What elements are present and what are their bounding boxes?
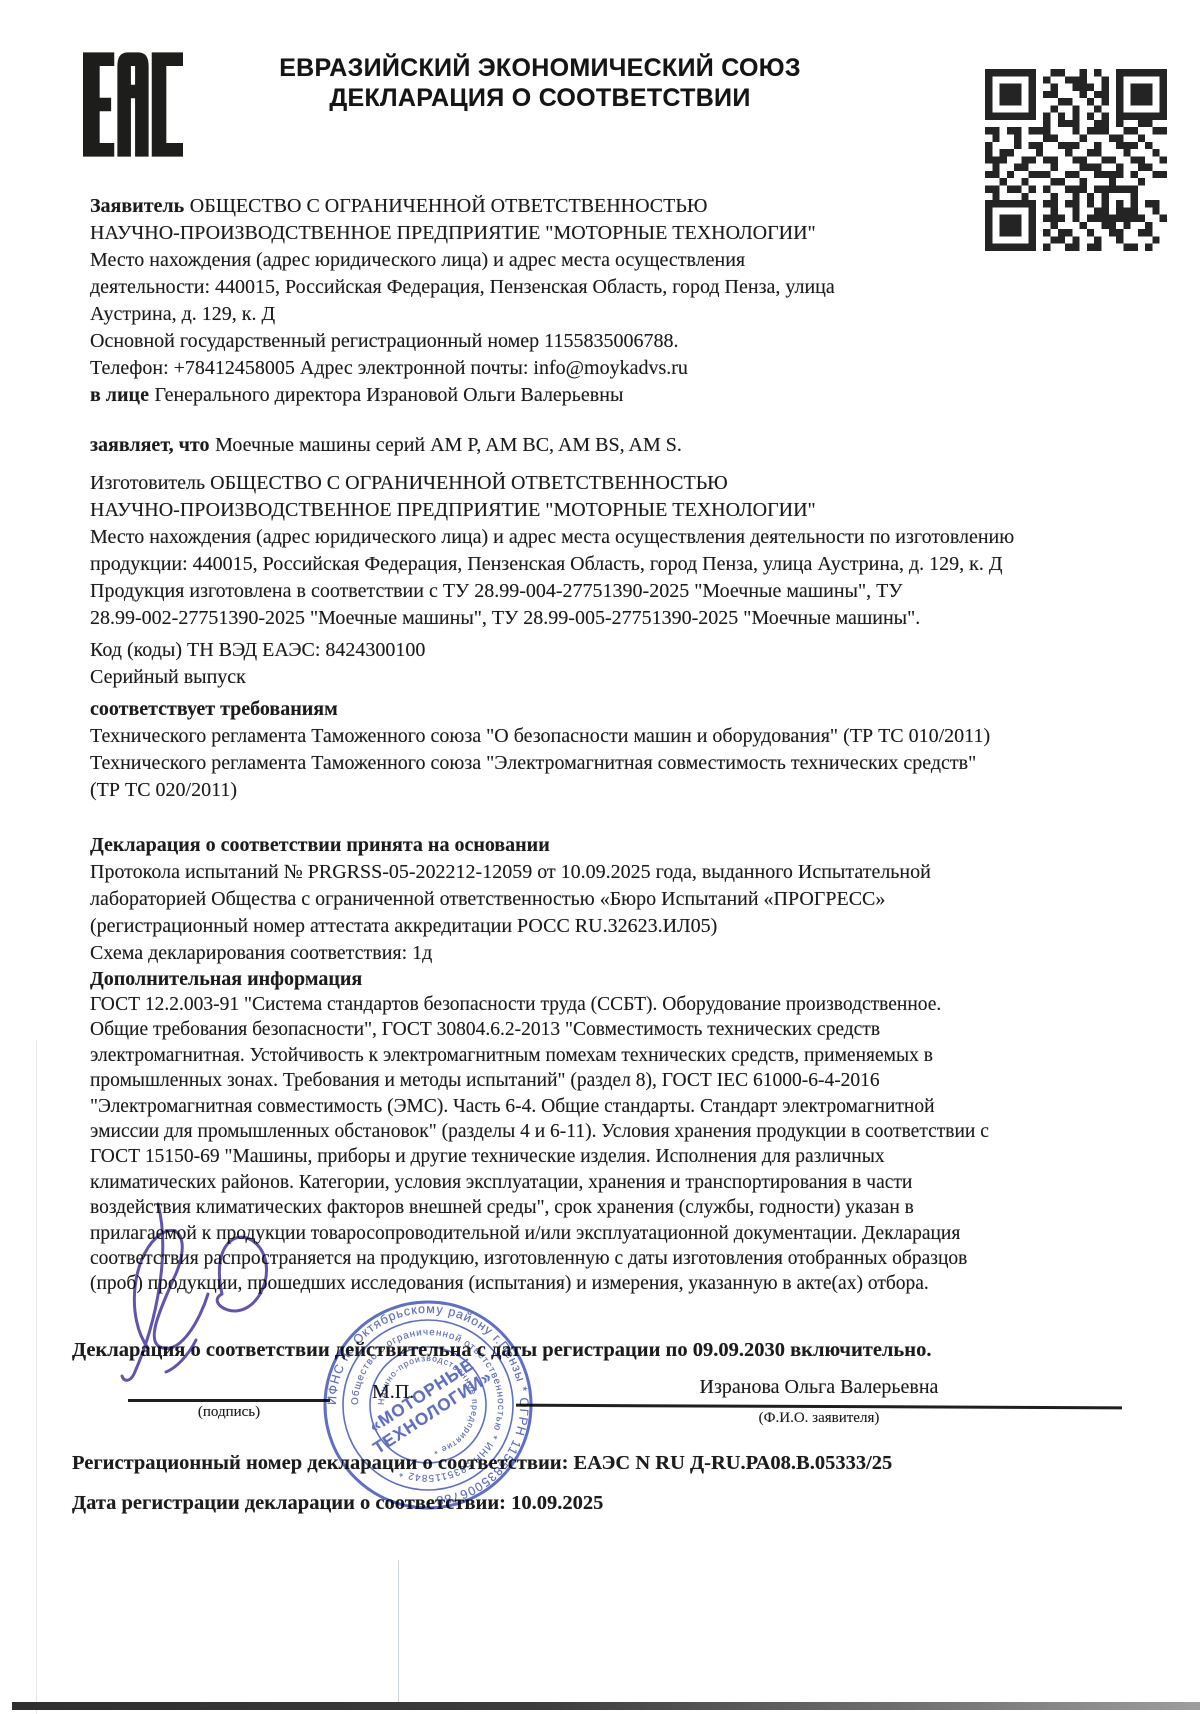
union-name: ЕВРАЗИЙСКИЙ ЭКОНОМИЧЕСКИЙ СОЮЗ	[220, 53, 860, 83]
scan-left-edge	[36, 1040, 37, 1714]
scan-fold-line	[398, 1560, 399, 1702]
manufacturer-line: Место нахождения (адрес юридического лиц…	[90, 524, 1014, 551]
applicant-name: ОБЩЕСТВО С ОГРАНИЧЕННОЙ ОТВЕТСТВЕННОСТЬЮ	[190, 195, 708, 217]
manufacturer-line: Продукция изготовлена в соответствии с Т…	[90, 578, 1014, 605]
applicant-line: Аустрина, д. 129, к. Д	[90, 301, 835, 328]
basis-line: Схема декларирования соответствия: 1д	[90, 940, 931, 967]
applicant-line: Телефон: +78412458005 Адрес электронной …	[90, 355, 835, 382]
document-header-title: ЕВРАЗИЙСКИЙ ЭКОНОМИЧЕСКИЙ СОЮЗ ДЕКЛАРАЦИ…	[220, 53, 860, 113]
applicant-line: НАУЧНО-ПРОИЗВОДСТВЕННОЕ ПРЕДПРИЯТИЕ "МОТ…	[90, 220, 835, 247]
release-type-line: Серийный выпуск	[90, 664, 425, 691]
handwritten-signature	[96, 1198, 336, 1383]
eac-mark-logo	[83, 48, 183, 161]
manufacturer-section: Изготовитель ОБЩЕСТВО С ОГРАНИЧЕННОЙ ОТВ…	[90, 470, 1014, 632]
basis-line: Протокола испытаний № PRGRSS-05-202212-1…	[90, 859, 931, 886]
additional-info-line: "Электромагнитная совместимость (ЭМС). Ч…	[90, 1094, 989, 1119]
applicant-line: Основной государственный регистрационный…	[90, 328, 835, 355]
in-person-text: Генерального директора Израновой Ольги В…	[155, 384, 624, 406]
declares-line: заявляет, чтоМоечные машины серий AM P, …	[90, 432, 682, 459]
basis-line: (регистрационный номер аттестата аккреди…	[90, 913, 931, 940]
additional-info-line: электромагнитная. Устойчивость к электро…	[90, 1043, 989, 1068]
product-codes-section: Код (коды) ТН ВЭД ЕАЭС: 8424300100 Серий…	[90, 637, 425, 691]
signer-name-caption: (Ф.И.О. заявителя)	[516, 1410, 1122, 1427]
applicant-section: ЗаявительОБЩЕСТВО С ОГРАНИЧЕННОЙ ОТВЕТСТ…	[90, 193, 835, 409]
manufacturer-line: Изготовитель ОБЩЕСТВО С ОГРАНИЧЕННОЙ ОТВ…	[90, 470, 1014, 497]
signer-name-line	[516, 1404, 1122, 1410]
basis-heading: Декларация о соответствии принята на осн…	[90, 832, 931, 859]
additional-info-line: ГОСТ 15150-69 "Машины, приборы и другие …	[90, 1144, 989, 1169]
applicant-line: в лицеГенерального директора Израновой О…	[90, 382, 835, 409]
additional-info-line: Общие требования безопасности", ГОСТ 308…	[90, 1017, 989, 1042]
signature-caption: (подпись)	[128, 1404, 330, 1421]
additional-info-line: климатических районов. Категории, услови…	[90, 1170, 989, 1195]
declares-section: заявляет, чтоМоечные машины серий AM P, …	[90, 432, 682, 459]
scan-page-bottom-edge	[12, 1702, 1200, 1710]
basis-line: лабораторией Общества с ограниченной отв…	[90, 886, 931, 913]
basis-section: Декларация о соответствии принята на осн…	[90, 832, 931, 967]
manufacturer-line: 28.99-002-27751390-2025 "Моечные машины"…	[90, 605, 1014, 632]
compliance-line: Технического регламента Таможенного союз…	[90, 723, 990, 750]
additional-info-line: эмиссии для промышленных обстановок" (ра…	[90, 1119, 989, 1144]
compliance-heading: соответствует требованиям	[90, 696, 990, 723]
applicant-label: Заявитель	[90, 195, 184, 217]
compliance-section: соответствует требованиям Технического р…	[90, 696, 990, 804]
in-person-label: в лице	[90, 384, 149, 406]
applicant-line: деятельности: 440015, Российская Федерац…	[90, 274, 835, 301]
tnved-code-line: Код (коды) ТН ВЭД ЕАЭС: 8424300100	[90, 637, 425, 664]
compliance-line: (ТР ТС 020/2011)	[90, 777, 990, 804]
applicant-line: Место нахождения (адрес юридического лиц…	[90, 247, 835, 274]
additional-info-heading: Дополнительная информация	[90, 966, 989, 992]
declares-label: заявляет, что	[90, 434, 209, 456]
document-type: ДЕКЛАРАЦИЯ О СООТВЕТСТВИИ	[220, 83, 860, 113]
additional-info-line: ГОСТ 12.2.003-91 "Система стандартов без…	[90, 992, 989, 1017]
manufacturer-line: продукции: 440015, Российская Федерация,…	[90, 551, 1014, 578]
signature-line	[128, 1399, 330, 1402]
declares-text: Моечные машины серий AM P, AM BC, AM BS,…	[215, 434, 682, 456]
applicant-line: ЗаявительОБЩЕСТВО С ОГРАНИЧЕННОЙ ОТВЕТСТ…	[90, 193, 835, 220]
compliance-line: Технического регламента Таможенного союз…	[90, 750, 990, 777]
signer-name: Изранова Ольга Валерьевна	[516, 1376, 1122, 1399]
declaration-document: { "header": { "union_name": "ЕВРАЗИЙСКИЙ…	[0, 0, 1200, 1714]
additional-info-line: промышленных зонах. Требования и методы …	[90, 1068, 989, 1093]
company-round-stamp: ИФНС по Октябрьскому району г.Пензы * ОГ…	[316, 1293, 540, 1517]
qr-code	[985, 66, 1167, 254]
manufacturer-line: НАУЧНО-ПРОИЗВОДСТВЕННОЕ ПРЕДПРИЯТИЕ "МОТ…	[90, 497, 1014, 524]
